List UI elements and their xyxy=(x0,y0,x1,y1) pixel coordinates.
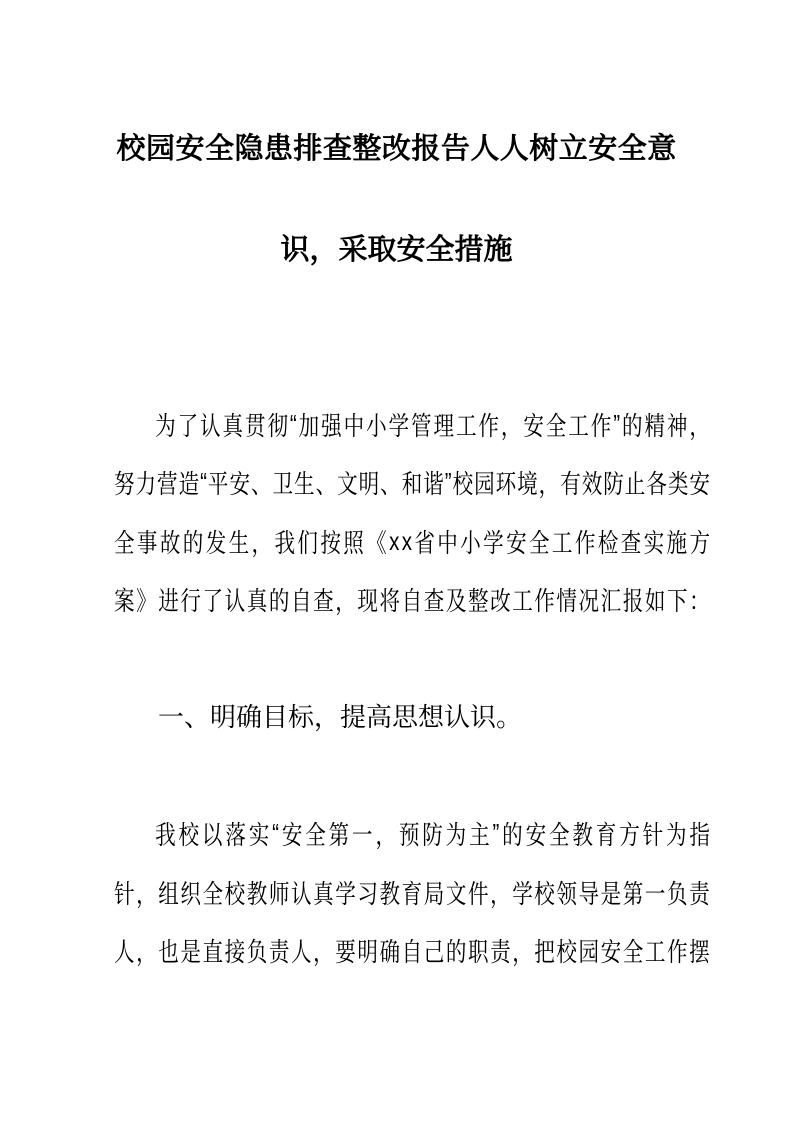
paragraph-2-line-2: 针，组织全校教师认真学习教育局文件，学校领导是第一负责 xyxy=(114,863,710,922)
section-1: 一、明确目标，提高思想认识。 xyxy=(114,688,793,747)
section-heading-1: 一、明确目标，提高思想认识。 xyxy=(114,688,793,747)
title-line-2: 识，采取安全措施 xyxy=(0,197,793,298)
paragraph-1-line-4: 案》进行了认真的自查，现将自查及整改工作情况汇报如下： xyxy=(114,571,710,630)
paragraph-1-line-1: 为了认真贯彻“加强中小学管理工作，安全工作”的精神， xyxy=(114,395,710,454)
paragraph-2-line-3: 人，也是直接负责人，要明确自己的职责，把校园安全工作摆 xyxy=(114,922,710,981)
document-title: 校园安全隐患排查整改报告人人树立安全意 识，采取安全措施 xyxy=(0,96,793,298)
paragraph-1: 为了认真贯彻“加强中小学管理工作，安全工作”的精神， 努力营造“平安、卫生、文明… xyxy=(114,395,793,629)
document-body: 为了认真贯彻“加强中小学管理工作，安全工作”的精神， 努力营造“平安、卫生、文明… xyxy=(114,395,793,980)
document-page: 校园安全隐患排查整改报告人人树立安全意 识，采取安全措施 为了认真贯彻“加强中小… xyxy=(0,0,793,1122)
paragraph-1-line-3: 全事故的发生，我们按照《xx省中小学安全工作检查实施方 xyxy=(114,512,710,571)
paragraph-2-line-1: 我校以落实“安全第一，预防为主”的安全教育方针为指 xyxy=(114,805,710,864)
title-line-1: 校园安全隐患排查整改报告人人树立安全意 xyxy=(117,96,677,197)
paragraph-1-line-2: 努力营造“平安、卫生、文明、和谐”校园环境，有效防止各类安 xyxy=(114,454,710,513)
paragraph-2: 我校以落实“安全第一，预防为主”的安全教育方针为指 针，组织全校教师认真学习教育… xyxy=(114,805,793,981)
